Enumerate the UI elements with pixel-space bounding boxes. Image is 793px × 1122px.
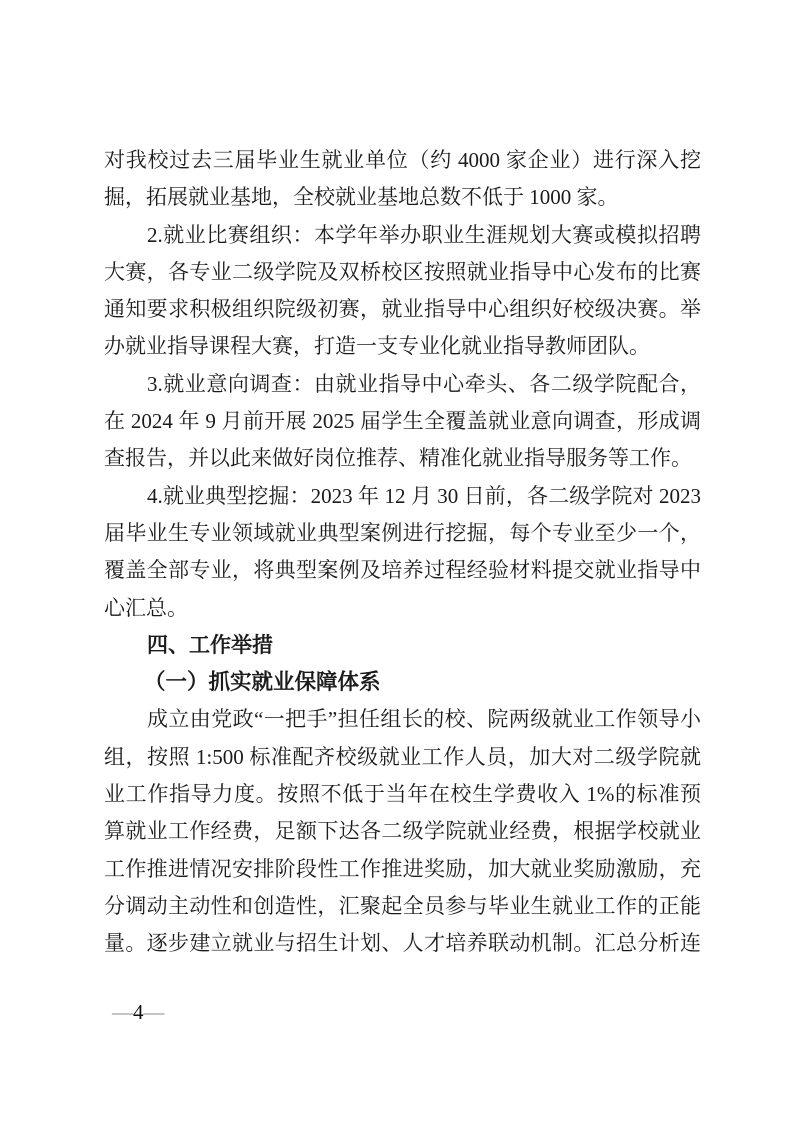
document-page: 对我校过去三届毕业生就业单位（约 4000 家企业）进行深入挖掘，拓展就业基地，… <box>0 0 793 1122</box>
text-line: 在 2024 年 9 月前开展 2025 届学生全覆盖就业意向调查，形成调 <box>104 403 701 440</box>
text-line: 查报告，并以此来做好岗位推荐、精准化就业指导服务等工作。 <box>104 440 701 477</box>
heading-subsection-one: （一）抓实就业保障体系 <box>104 664 701 701</box>
text-line: 心汇总。 <box>104 590 701 627</box>
document-body: 对我校过去三届毕业生就业单位（约 4000 家企业）进行深入挖掘，拓展就业基地，… <box>104 142 701 963</box>
heading-section-four: 四、工作举措 <box>104 627 701 664</box>
text-line: 4.就业典型挖掘：2023 年 12 月 30 日前，各二级学院对 2023 <box>104 478 701 515</box>
paragraph-intention-survey: 3.就业意向调查：由就业指导中心牵头、各二级学院配合，在 2024 年 9 月前… <box>104 366 701 478</box>
text-line: 办就业指导课程大赛，打造一支专业化就业指导教师团队。 <box>104 328 701 365</box>
text-line: 通知要求积极组织院级初赛，就业指导中心组织好校级决赛。举 <box>104 291 701 328</box>
paragraph-continuation: 对我校过去三届毕业生就业单位（约 4000 家企业）进行深入挖掘，拓展就业基地，… <box>104 142 701 217</box>
text-line: 分调动主动性和创造性，汇聚起全员参与毕业生就业工作的正能 <box>104 888 701 925</box>
text-line: 组，按照 1:500 标准配齐校级就业工作人员，加大对二级学院就 <box>104 739 701 776</box>
text-line: （一）抓实就业保障体系 <box>104 664 701 701</box>
text-line: 算就业工作经费，足额下达各二级学院就业经费，根据学校就业 <box>104 813 701 850</box>
paragraph-guarantee-system: 成立由党政“一把手”担任组长的校、院两级就业工作领导小组，按照 1:500 标准… <box>104 701 701 962</box>
text-line: 届毕业生专业领域就业典型案例进行挖掘，每个专业至少一个， <box>104 515 701 552</box>
paragraph-typical-cases: 4.就业典型挖掘：2023 年 12 月 30 日前，各二级学院对 2023届毕… <box>104 478 701 627</box>
text-line: 成立由党政“一把手”担任组长的校、院两级就业工作领导小 <box>104 701 701 738</box>
text-line: 对我校过去三届毕业生就业单位（约 4000 家企业）进行深入挖 <box>104 142 701 179</box>
text-line: 量。逐步建立就业与招生计划、人才培养联动机制。汇总分析连 <box>104 925 701 962</box>
text-line: 大赛，各专业二级学院及双桥校区按照就业指导中心发布的比赛 <box>104 254 701 291</box>
page-number-dash-left: — <box>112 1000 133 1024</box>
paragraph-employment-competition: 2.就业比赛组织：本学年举办职业生涯规划大赛或模拟招聘大赛，各专业二级学院及双桥… <box>104 217 701 366</box>
page-number-dash-right: — <box>144 1000 165 1024</box>
text-line: 3.就业意向调查：由就业指导中心牵头、各二级学院配合， <box>104 366 701 403</box>
text-line: 掘，拓展就业基地，全校就业基地总数不低于 1000 家。 <box>104 179 701 216</box>
text-line: 覆盖全部专业，将典型案例及培养过程经验材料提交就业指导中 <box>104 552 701 589</box>
text-line: 工作推进情况安排阶段性工作推进奖励，加大就业奖励激励，充 <box>104 851 701 888</box>
text-line: 2.就业比赛组织：本学年举办职业生涯规划大赛或模拟招聘 <box>104 217 701 254</box>
page-number: —4— <box>112 1000 165 1024</box>
text-line: 业工作指导力度。按照不低于当年在校生学费收入 1%的标准预 <box>104 776 701 813</box>
page-number-value: 4 <box>133 1000 144 1024</box>
text-line: 四、工作举措 <box>104 627 701 664</box>
